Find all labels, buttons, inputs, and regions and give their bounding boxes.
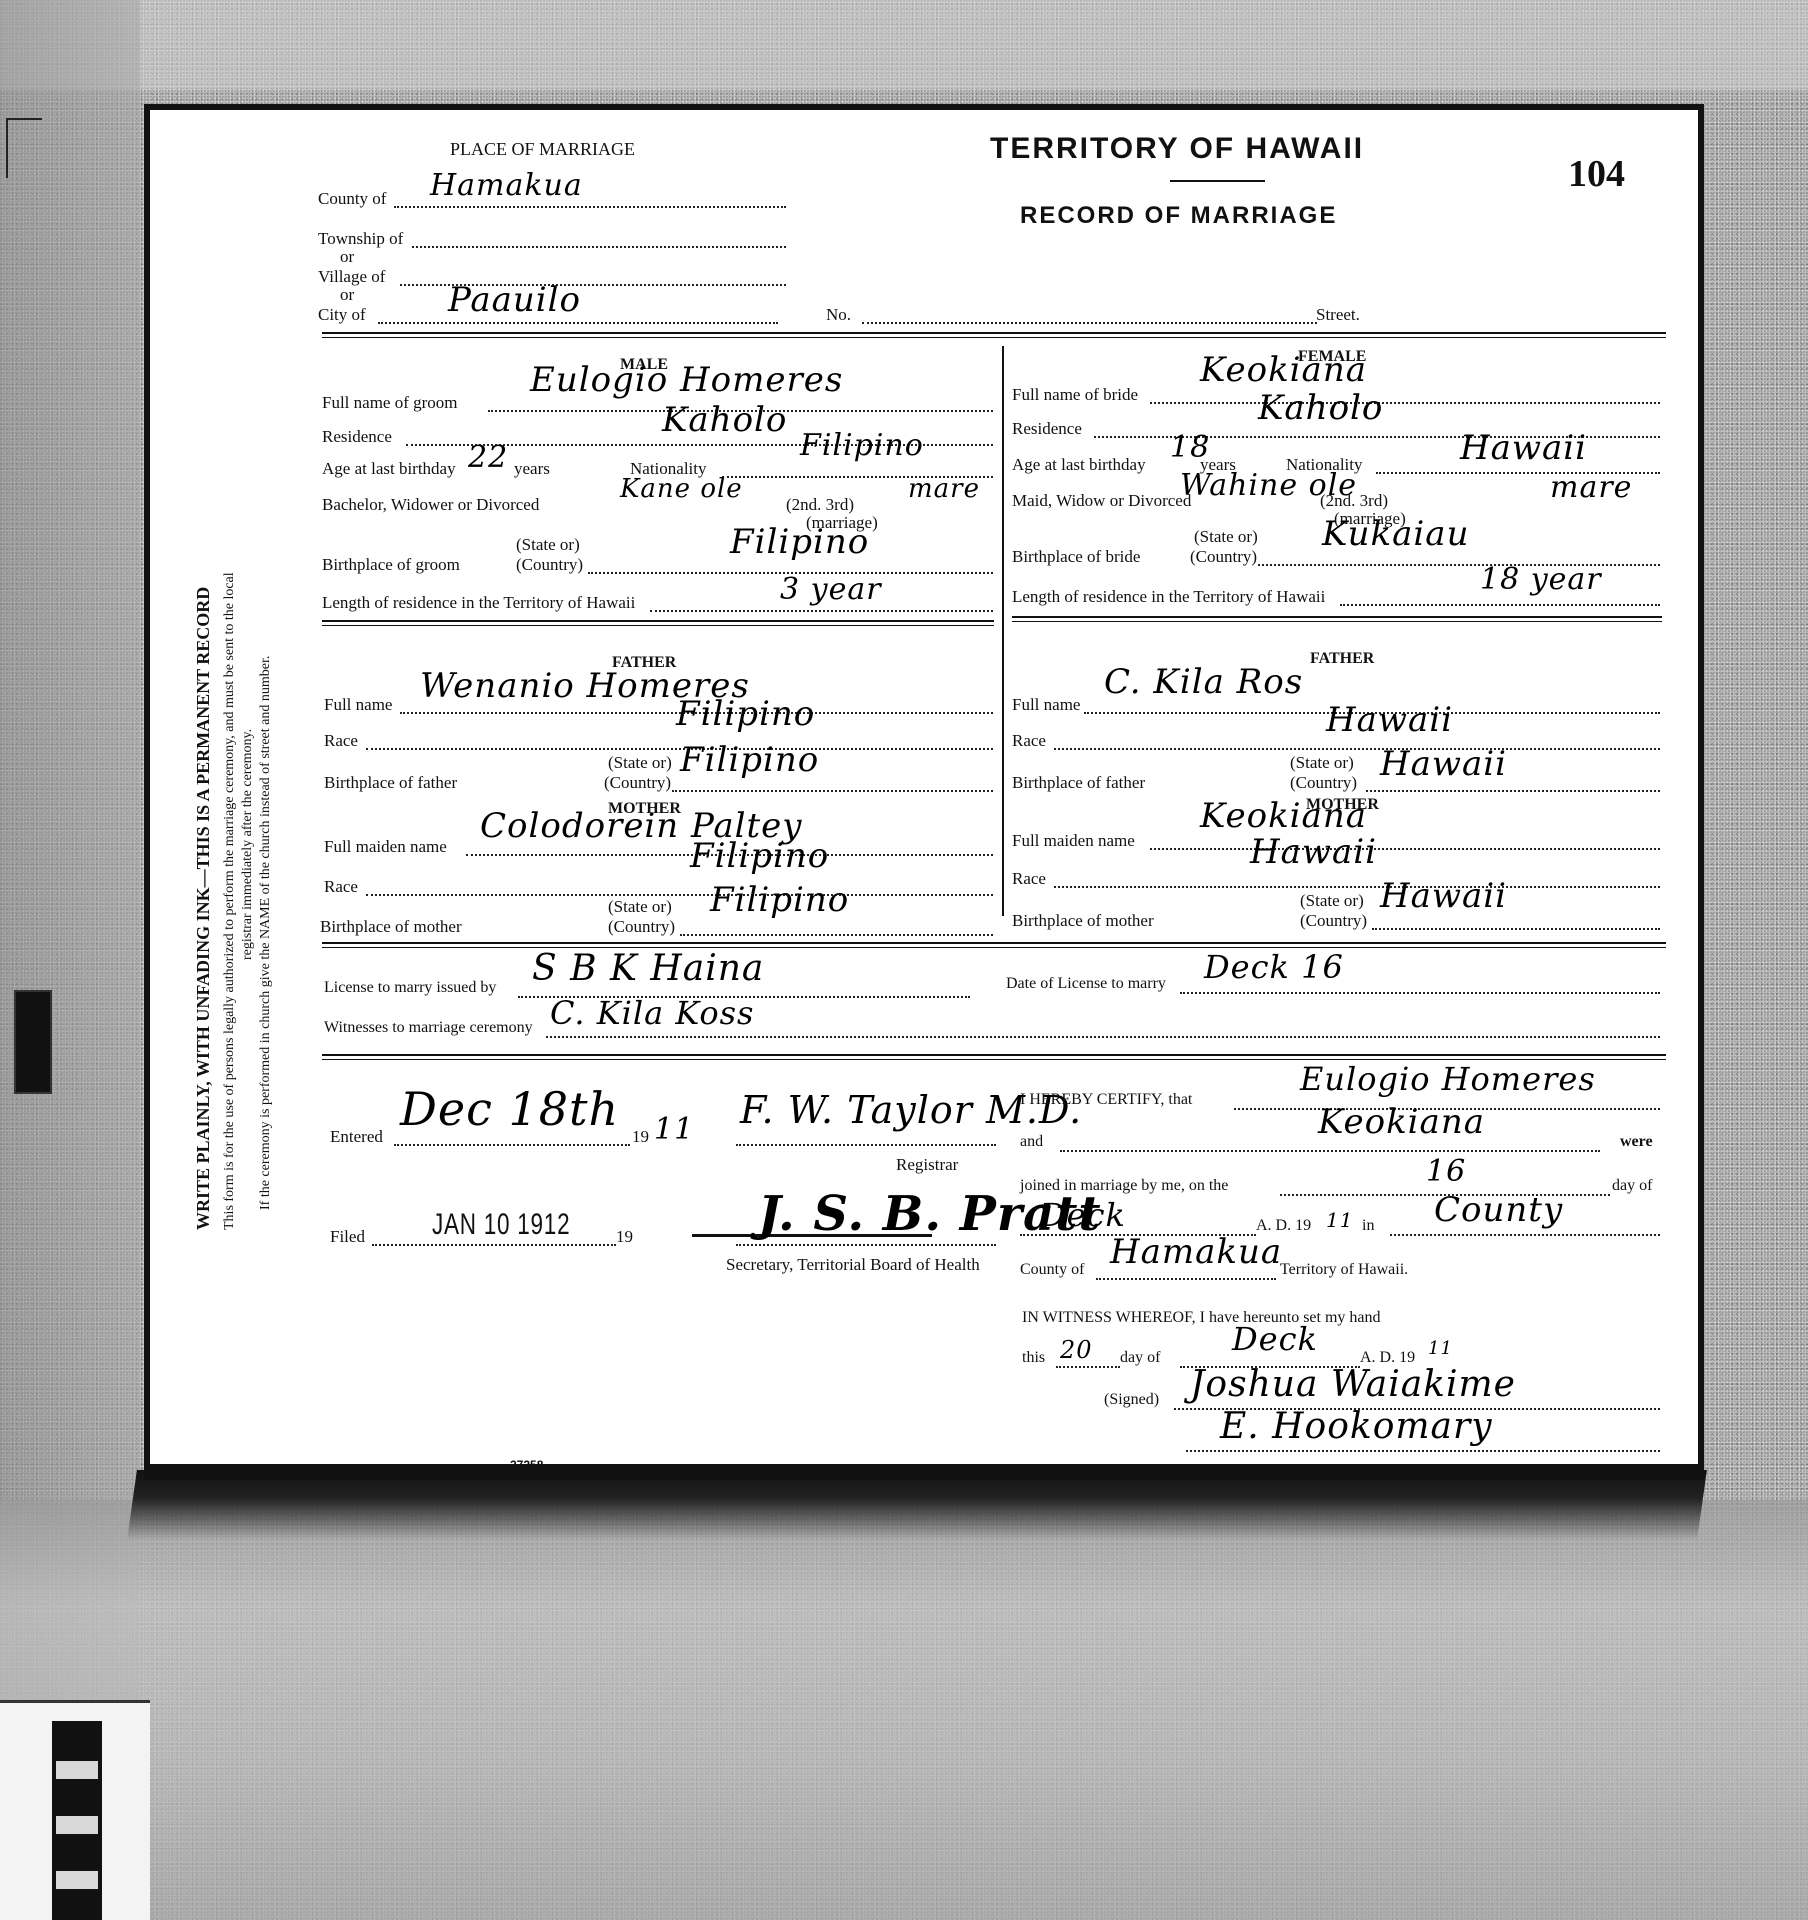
bride-mother-birthplace-label: Birthplace of mother xyxy=(1012,912,1154,929)
race-label: Race xyxy=(324,732,358,749)
entered-label: Entered xyxy=(330,1128,383,1145)
film-tab xyxy=(0,1700,150,1920)
form-number: 27258 xyxy=(510,1458,543,1472)
village-label: Village of xyxy=(318,268,385,285)
officiant-signature: Joshua Waiakime xyxy=(1190,1364,1516,1405)
or-text: or xyxy=(340,248,354,265)
state-or-label: (State or) xyxy=(1300,892,1364,909)
witness-label: Witnesses to marriage ceremony xyxy=(324,1020,533,1036)
secretary-label: Secretary, Territorial Board of Health xyxy=(726,1256,980,1273)
territory-label: Territory of Hawaii. xyxy=(1280,1262,1408,1278)
race-label: Race xyxy=(1012,732,1046,749)
license-date: Deck 16 xyxy=(1204,948,1344,986)
township-label: Township of xyxy=(318,230,403,247)
groom-residence-label: Residence xyxy=(322,428,392,445)
title-divider xyxy=(1170,180,1265,182)
bride-birthplace: Kukaiau xyxy=(1322,514,1469,554)
bride-name-label: Full name of bride xyxy=(1012,386,1138,403)
marriage-month: Deck xyxy=(1040,1196,1126,1234)
witness-name: C. Kila Koss xyxy=(550,994,754,1032)
bride-father-name-label: Full name xyxy=(1012,696,1080,713)
groom-age-label: Age at last birthday xyxy=(322,460,456,477)
bride-father-birthplace: Hawaii xyxy=(1380,744,1507,784)
nth-marriage-label: (2nd. 3rd) xyxy=(1320,492,1388,509)
groom-length-label: Length of residence in the Territory of … xyxy=(322,594,635,611)
number-label: No. xyxy=(826,306,851,323)
groom-father-birthplace-label: Birthplace of father xyxy=(324,774,457,791)
nth-marriage-label: (2nd. 3rd) xyxy=(786,496,854,513)
officiant-signature-2: E. Hookomary xyxy=(1220,1406,1493,1447)
bride-mother-name: Keokiana xyxy=(1200,796,1367,836)
city-label: City of xyxy=(318,306,366,323)
scan-background-top xyxy=(0,0,1808,90)
bride-nth-marriage: mare xyxy=(1550,470,1632,505)
signed-label: (Signed) xyxy=(1104,1392,1159,1408)
certified-bride: Keokiana xyxy=(1318,1102,1485,1142)
signing-month: Deck xyxy=(1232,1320,1318,1358)
side-note-usage: This form is for the use of persons lega… xyxy=(222,572,238,1230)
bride-length-label: Length of residence in the Territory of … xyxy=(1012,588,1325,605)
years-label: years xyxy=(514,460,550,477)
day-of-label: day of xyxy=(1612,1178,1652,1194)
groom-mother-birthplace: Filipino xyxy=(710,880,849,920)
state-or-label: (State or) xyxy=(516,536,580,553)
country-label: (Country) xyxy=(604,774,671,791)
state-or-label: (State or) xyxy=(1290,754,1354,771)
bride-length-of-residence: 18 year xyxy=(1480,562,1602,597)
groom-status-label: Bachelor, Widower or Divorced xyxy=(322,496,539,513)
side-note-church: If the ceremony is performed in church g… xyxy=(258,656,274,1210)
scan-background-bottom xyxy=(0,1500,1808,1920)
bride-father-birthplace-label: Birthplace of father xyxy=(1012,774,1145,791)
country-label: (Country) xyxy=(516,556,583,573)
marriage-record-document: WRITE PLAINLY, WITH UNFADING INK—THIS IS… xyxy=(144,104,1704,1480)
bride-age-label: Age at last birthday xyxy=(1012,456,1146,473)
entered-year: 11 xyxy=(654,1112,694,1147)
groom-father-race: Filipino xyxy=(676,694,815,734)
groom-name: Eulogio Homeres xyxy=(530,360,843,400)
groom-mother-birthplace-label: Birthplace of mother xyxy=(320,918,462,935)
license-date-label: Date of License to marry xyxy=(1006,976,1166,992)
country-label: (Country) xyxy=(1290,774,1357,791)
marriage-day: 16 xyxy=(1426,1154,1466,1189)
entered-date: Dec 18th xyxy=(400,1082,619,1136)
or-text: or xyxy=(340,286,354,303)
groom-age: 22 xyxy=(468,440,508,475)
license-issued-label: License to marry issued by xyxy=(324,980,496,996)
certified-groom: Eulogio Homeres xyxy=(1300,1060,1596,1098)
race-label: Race xyxy=(1012,870,1046,887)
section-divider xyxy=(322,942,1666,948)
country-label: (Country) xyxy=(1190,548,1257,565)
filed-stamp: JAN 10 1912 xyxy=(432,1208,570,1242)
filed-label: Filed xyxy=(330,1228,365,1245)
country-label: (Country) xyxy=(1300,912,1367,929)
bride-nationality: Hawaii xyxy=(1460,428,1587,468)
registrar-label: Registrar xyxy=(896,1156,958,1173)
groom-nationality: Filipino xyxy=(800,428,924,463)
crop-mark xyxy=(6,118,42,120)
year-prefix: 19 xyxy=(616,1228,633,1245)
column-divider xyxy=(1002,346,1004,916)
crop-mark xyxy=(6,118,8,178)
groom-nth-marriage: mare xyxy=(908,474,980,504)
bride-residence: Kaholo xyxy=(1258,388,1383,428)
groom-name-label: Full name of groom xyxy=(322,394,458,411)
were-label: were xyxy=(1620,1134,1653,1150)
groom-mother-name-label: Full maiden name xyxy=(324,838,447,855)
marriage-county: Hamakua xyxy=(1110,1232,1282,1272)
city-value: Paauilo xyxy=(448,280,581,320)
bride-birthplace-label: Birthplace of bride xyxy=(1012,548,1140,565)
bride-mother-name-label: Full maiden name xyxy=(1012,832,1135,849)
signing-year: 11 xyxy=(1428,1338,1453,1359)
groom-mother-race: Filipino xyxy=(690,836,829,876)
binder-clip xyxy=(14,990,52,1094)
side-note-registrar: registrar immediately after the ceremony… xyxy=(240,729,256,960)
record-title: RECORD OF MARRIAGE xyxy=(1020,202,1337,230)
race-label: Race xyxy=(324,878,358,895)
certify-label: I HEREBY CERTIFY, that xyxy=(1020,1092,1192,1108)
groom-father-name-label: Full name xyxy=(324,696,392,713)
joined-label: joined in marriage by me, on the xyxy=(1020,1178,1228,1194)
paper-shadow xyxy=(127,1470,1707,1540)
year-prefix: 19 xyxy=(632,1128,649,1145)
section-divider xyxy=(322,332,1666,338)
bride-mother-birthplace: Hawaii xyxy=(1380,876,1507,916)
place-of-marriage-heading: PLACE OF MARRIAGE xyxy=(450,140,635,158)
territory-title: TERRITORY OF HAWAII xyxy=(990,132,1364,166)
groom-father-birthplace: Filipino xyxy=(680,740,819,780)
license-issued-by: S B K Haina xyxy=(532,948,764,989)
bride-mother-race: Hawaii xyxy=(1250,832,1377,872)
bride-father-heading: FATHER xyxy=(1310,650,1374,668)
county-value: Hamakua xyxy=(430,168,583,203)
state-or-label: (State or) xyxy=(608,898,672,915)
county-label: County of xyxy=(1020,1262,1084,1278)
state-or-label: (State or) xyxy=(608,754,672,771)
and-label: and xyxy=(1020,1134,1043,1150)
marriage-place: County xyxy=(1434,1190,1563,1230)
groom-residence: Kaholo xyxy=(662,400,787,440)
day-of-label: day of xyxy=(1120,1350,1160,1366)
marriage-year: 11 xyxy=(1326,1208,1353,1232)
country-label: (Country) xyxy=(608,918,675,935)
in-label: in xyxy=(1362,1218,1374,1234)
record-number: 104 xyxy=(1568,152,1625,196)
bride-status-label: Maid, Widow or Divorced xyxy=(1012,492,1191,509)
bride-residence-label: Residence xyxy=(1012,420,1082,437)
this-label: this xyxy=(1022,1350,1045,1366)
groom-status: Kane ole xyxy=(620,474,743,504)
bride-name: Keokiana xyxy=(1200,350,1367,390)
in-witness-label: IN WITNESS WHEREOF, I have hereunto set … xyxy=(1022,1310,1381,1326)
state-or-label: (State or) xyxy=(1194,528,1258,545)
bride-father-name: C. Kila Ros xyxy=(1104,662,1303,702)
groom-birthplace-label: Birthplace of groom xyxy=(322,556,460,573)
groom-length-of-residence: 3 year xyxy=(780,572,882,607)
bride-father-race: Hawaii xyxy=(1326,700,1453,740)
county-label: County of xyxy=(318,190,386,207)
groom-birthplace: Filipino xyxy=(730,522,869,562)
street-label: Street. xyxy=(1316,306,1360,323)
signing-day: 20 xyxy=(1060,1336,1093,1364)
side-note-permanent-record: WRITE PLAINLY, WITH UNFADING INK—THIS IS… xyxy=(194,587,212,1230)
